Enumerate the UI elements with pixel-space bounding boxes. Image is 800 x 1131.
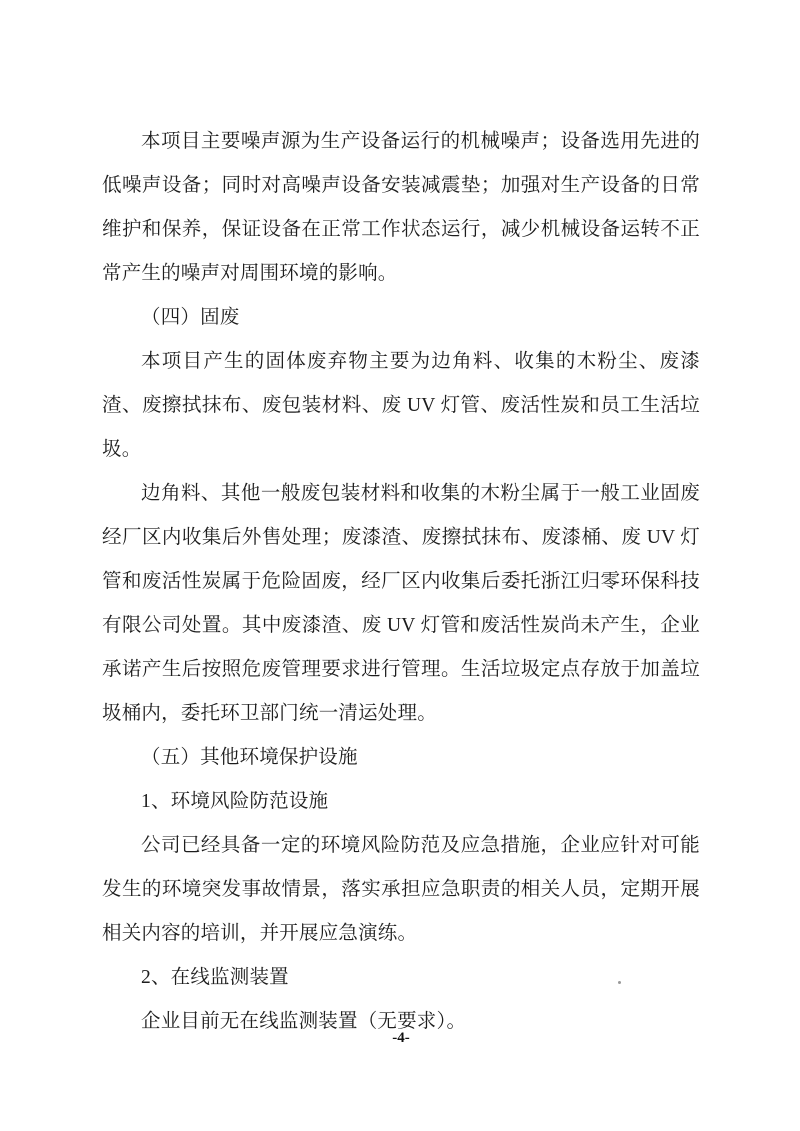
scan-artifact-dot — [618, 981, 621, 984]
paragraph-waste-disposal-methods: 边角料、其他一般废包装材料和收集的木粉尘属于一般工业固废经厂区内收集后外售处理；… — [102, 472, 700, 736]
page-number: -4- — [102, 1030, 700, 1047]
heading-section-5-other-protection-facilities: （五）其他环境保护设施 — [102, 736, 700, 780]
paragraph-risk-prevention-measures: 公司已经具备一定的环境风险防范及应急措施，企业应针对可能发生的环境突发事故情景，… — [102, 824, 700, 956]
subheading-2-online-monitoring-device: 2、在线监测装置 — [102, 956, 700, 1000]
heading-section-4-solid-waste: （四）固废 — [102, 296, 700, 340]
subheading-1-risk-prevention-facilities: 1、环境风险防范设施 — [102, 780, 700, 824]
document-page: 本项目主要噪声源为生产设备运行的机械噪声；设备选用先进的低噪声设备；同时对高噪声… — [0, 0, 800, 1131]
paragraph-noise-control: 本项目主要噪声源为生产设备运行的机械噪声；设备选用先进的低噪声设备；同时对高噪声… — [102, 120, 700, 296]
document-body: 本项目主要噪声源为生产设备运行的机械噪声；设备选用先进的低噪声设备；同时对高噪声… — [102, 120, 700, 1044]
paragraph-solid-waste-types: 本项目产生的固体废弃物主要为边角料、收集的木粉尘、废漆渣、废擦拭抹布、废包装材料… — [102, 340, 700, 472]
